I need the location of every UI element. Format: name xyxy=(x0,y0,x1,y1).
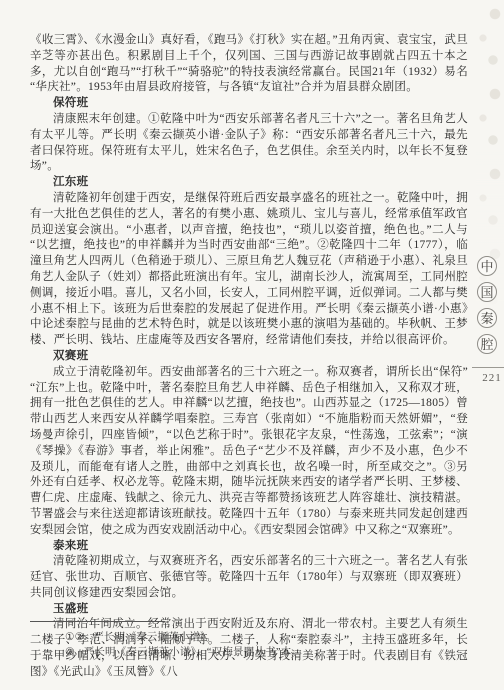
footnote-row: ①②严长明《秦云撷英小谱》。 xyxy=(30,631,468,646)
sections-container: 保符班 清康熙末年创建。①乾隆中叶为“西安乐部著名者凡三十六”之一。著名旦角艺人… xyxy=(30,96,468,680)
seal-char-qin: 秦 xyxy=(477,308,497,328)
section-paragraph: 清乾隆初年创建于西安，是继保符班后西安最享盛名的班社之一。乾隆中叶，拥有一大批色… xyxy=(30,191,468,349)
seal-char-guo: 国 xyxy=(477,282,497,302)
page-text: 《收三霄》、《水漫金山》真好看，《跑马》《打秋》实在超。”丑角丙寅、袁宝宝，武旦… xyxy=(30,33,468,681)
footnote-rows: ①②严长明《秦云撷英小谱》。 ③严长明《秦云撷英小谱》，“双梅景闇丛书”本。 xyxy=(30,631,468,660)
seal-char-zhong: 中 xyxy=(477,256,497,276)
series-seal-column: 中 国 秦 腔 xyxy=(476,256,498,354)
page-number-rule xyxy=(472,367,504,368)
seal-char-qiang: 腔 xyxy=(477,334,497,354)
section-paragraph: 成立于清乾隆初年。西安曲部著名的三十六班之一。称双赛者，谓所长出“保符”“江东”… xyxy=(30,365,468,539)
intro-paragraph: 《收三霄》、《水漫金山》真好看，《跑马》《打秋》实在超。”丑角丙寅、袁宝宝，武旦… xyxy=(30,33,468,96)
footnote-divider xyxy=(30,621,165,622)
footnote-text: 严长明《秦云撷英小谱》，“双梅景闇丛书”本。 xyxy=(84,647,302,658)
section-heading: 泰来班 xyxy=(30,539,468,555)
section-heading: 玉盛班 xyxy=(30,602,468,618)
section-paragraph: 清乾隆初期成立，与双赛班齐名，西安乐部著名的三十六班之一。著名艺人有张廷官、张世… xyxy=(30,554,468,601)
page-number: 221 xyxy=(479,372,504,384)
book-page: 《收三霄》、《水漫金山》真好看，《跑马》《打秋》实在超。”丑角丙寅、袁宝宝，武旦… xyxy=(0,0,504,690)
section-heading: 江东班 xyxy=(30,175,468,191)
footnotes: ①②严长明《秦云撷英小谱》。 ③严长明《秦云撷英小谱》，“双梅景闇丛书”本。 xyxy=(30,621,468,660)
footnote-marker: ①② xyxy=(65,632,84,643)
footnote-row: ③严长明《秦云撷英小谱》，“双梅景闇丛书”本。 xyxy=(30,646,468,661)
footnote-text: 严长明《秦云撷英小谱》。 xyxy=(93,632,216,643)
section-heading: 保符班 xyxy=(30,96,468,112)
section-paragraph: 清康熙末年创建。①乾隆中叶为“西安乐部著名者凡三十六”之一。著名旦角艺人有太平儿… xyxy=(30,112,468,175)
section-heading: 双赛班 xyxy=(30,349,468,365)
footnote-marker: ③ xyxy=(65,647,75,658)
